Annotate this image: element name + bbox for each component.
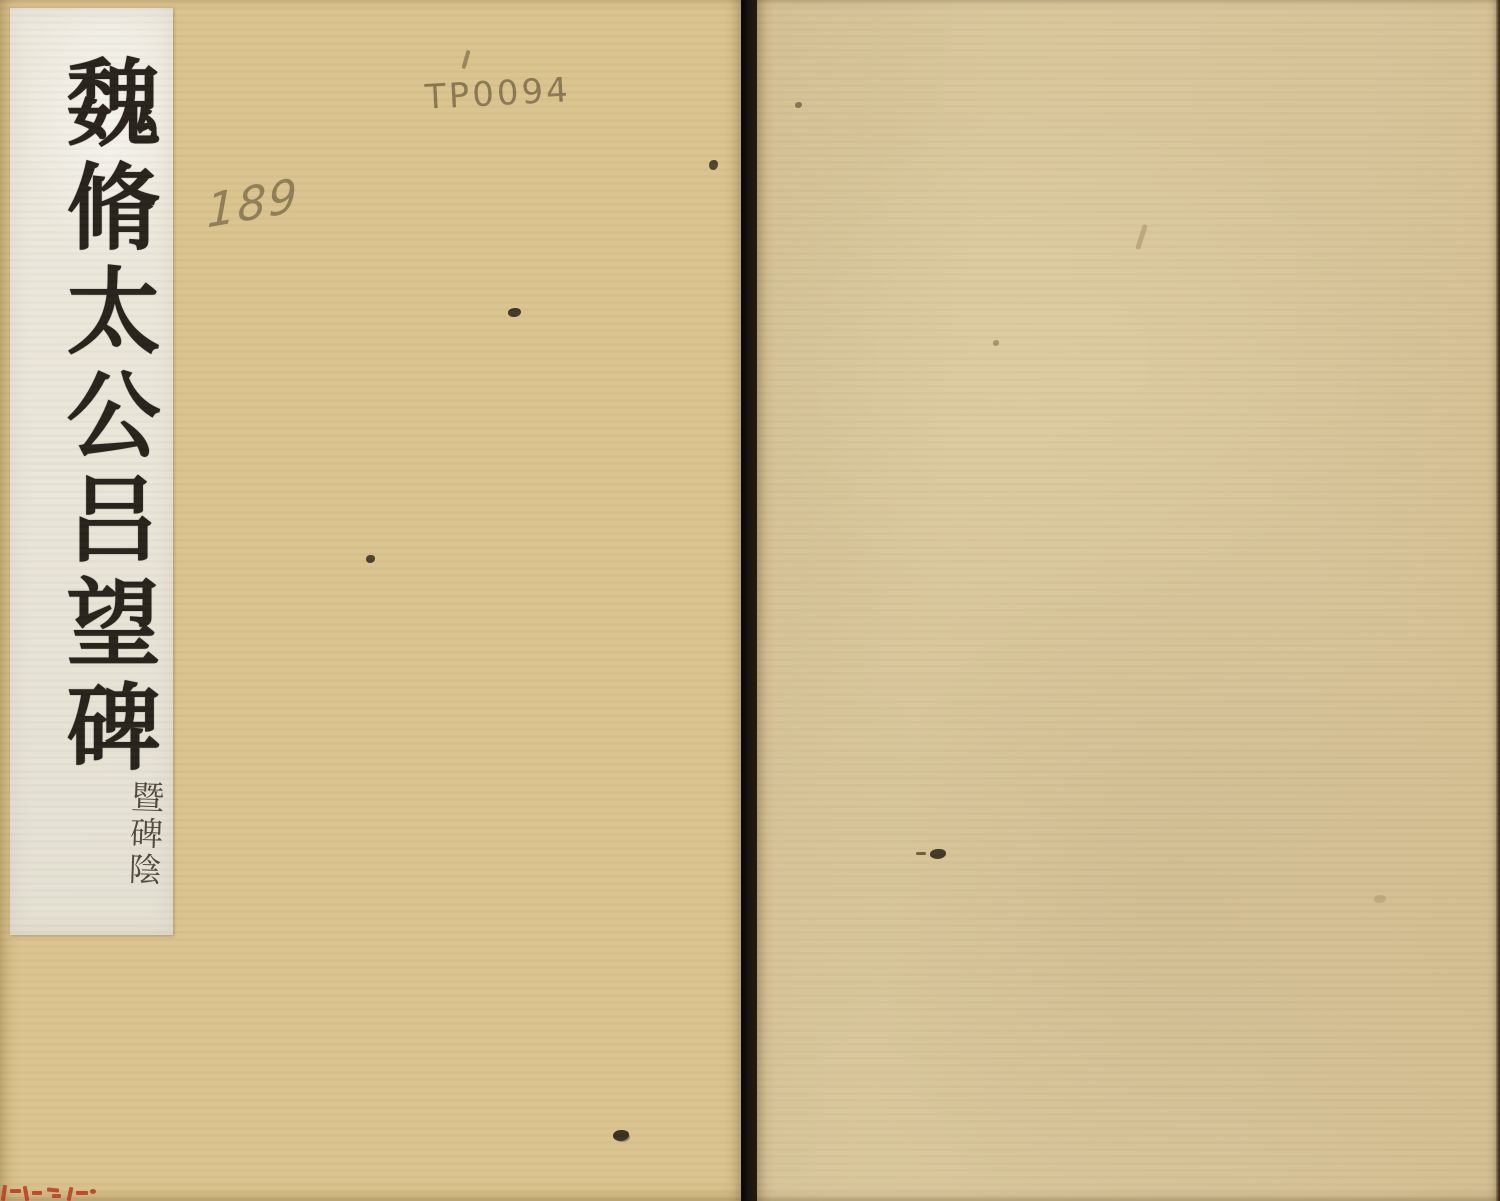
paper-speck [993, 340, 999, 346]
ink-speck [613, 1130, 629, 1141]
ink-speck [930, 849, 946, 859]
left-page: 魏脩太公吕望碑 暨碑陰 TP0094 189 [0, 0, 741, 1201]
paper-stain [1374, 895, 1386, 903]
pencil-stroke-mark [461, 50, 470, 69]
ink-speck [709, 160, 718, 170]
calligraphy-annotation: 暨碑陰 [120, 779, 164, 888]
red-ink-fragment [0, 1183, 120, 1201]
paper-speck [795, 102, 802, 108]
right-page [757, 0, 1500, 1201]
title-label-slip: 魏脩太公吕望碑 暨碑陰 [10, 8, 173, 935]
book-cover-scan: 魏脩太公吕望碑 暨碑陰 TP0094 189 [0, 0, 1500, 1201]
binding-seam [741, 0, 757, 1201]
calligraphy-title: 魏脩太公吕望碑 [57, 54, 153, 782]
pencil-catalog-code: TP0094 [424, 70, 572, 118]
pencil-page-number: 189 [207, 167, 299, 238]
ink-speck [508, 308, 521, 317]
pencil-slash-mark [1135, 224, 1148, 250]
ink-speck [366, 555, 375, 563]
